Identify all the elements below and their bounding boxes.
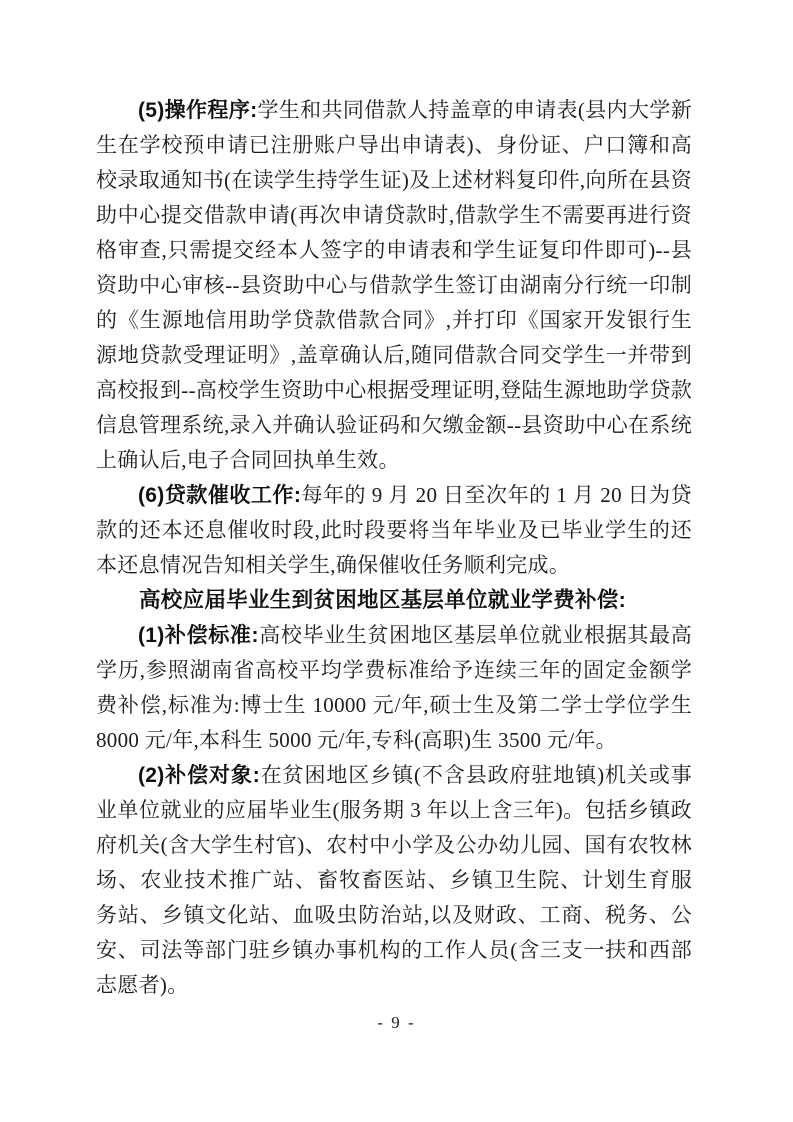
- paragraph-loan-collection-label: (6)贷款催收工作:: [138, 484, 301, 507]
- page-number: - 9 -: [0, 1013, 793, 1033]
- paragraph-operation-procedure: (5)操作程序:学生和共同借款人持盖章的申请表(县内大学新生在学校预申请已注册账…: [96, 93, 692, 478]
- paragraph-compensation-target-label: (2)补偿对象:: [138, 764, 260, 787]
- document-body: (5)操作程序:学生和共同借款人持盖章的申请表(县内大学新生在学校预申请已注册账…: [96, 93, 692, 1003]
- document-page: (5)操作程序:学生和共同借款人持盖章的申请表(县内大学新生在学校预申请已注册账…: [0, 0, 793, 1122]
- section-heading-tuition-compensation: 高校应届毕业生到贫困地区基层单位就业学费补偿:: [96, 583, 692, 618]
- paragraph-operation-procedure-text: 学生和共同借款人持盖章的申请表(县内大学新生在学校预申请已注册账户导出申请表)、…: [96, 98, 692, 472]
- paragraph-compensation-target-text: 在贫困地区乡镇(不含县政府驻地镇)机关或事业单位就业的应届毕业生(服务期 3 年…: [96, 763, 692, 997]
- paragraph-compensation-standard: (1)补偿标准:高校毕业生贫困地区基层单位就业根据其最高学历,参照湖南省高校平均…: [96, 618, 692, 758]
- paragraph-compensation-standard-label: (1)补偿标准:: [138, 624, 259, 647]
- paragraph-loan-collection: (6)贷款催收工作:每年的 9 月 20 日至次年的 1 月 20 日为贷款的还…: [96, 478, 692, 583]
- paragraph-operation-procedure-label: (5)操作程序:: [138, 99, 257, 122]
- paragraph-compensation-target: (2)补偿对象:在贫困地区乡镇(不含县政府驻地镇)机关或事业单位就业的应届毕业生…: [96, 758, 692, 1003]
